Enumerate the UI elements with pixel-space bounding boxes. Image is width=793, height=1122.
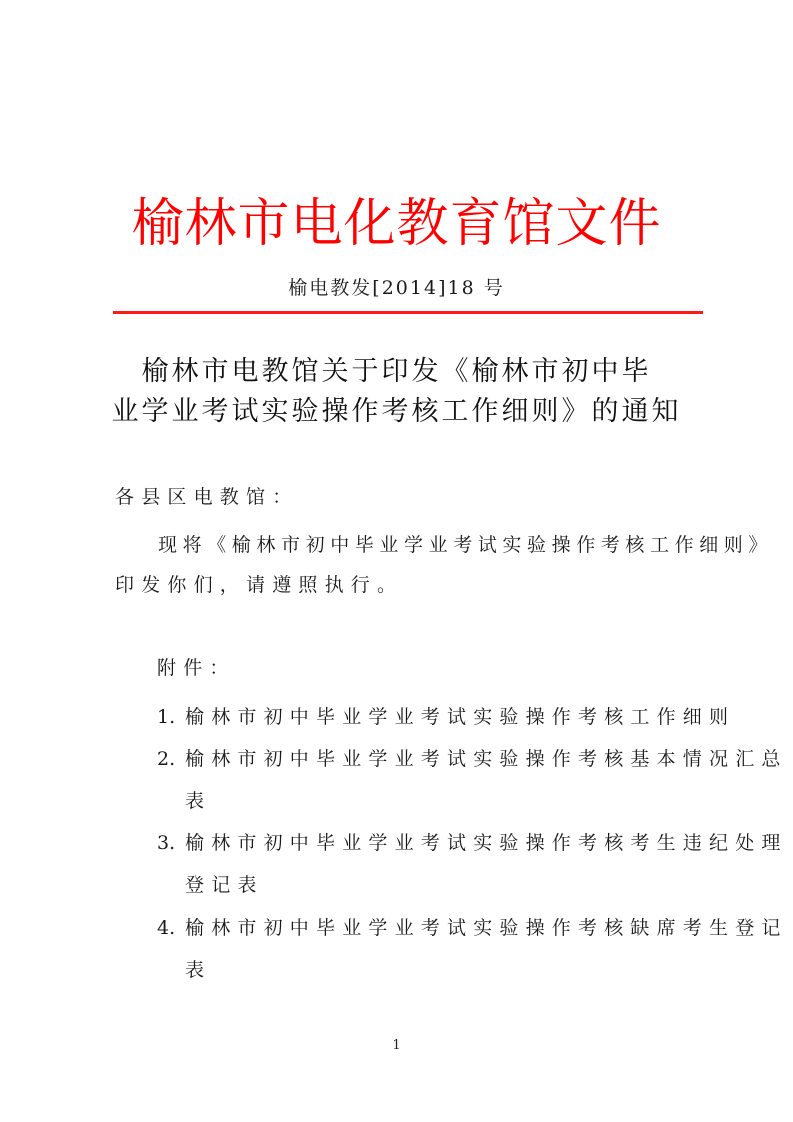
document-page: 榆林市电化教育馆文件 榆电教发[2014]18 号 榆林市电教馆关于印发《榆林市… — [0, 0, 793, 1122]
attachment-title: 榆林市初中毕业学业考试实验操作考核基本情况汇总 — [185, 744, 788, 774]
attachment-number: 2. — [157, 744, 175, 774]
attachment-title-continued: 登记表 — [185, 870, 264, 900]
attachment-title-continued: 表 — [185, 955, 211, 985]
issuing-org-title: 榆林市电化教育馆文件 — [0, 186, 793, 262]
attachment-title: 榆林市初中毕业学业考试实验操作考核考生违纪处理 — [185, 828, 788, 858]
attachment-number: 1. — [157, 702, 175, 732]
page-number: 1 — [0, 1038, 793, 1054]
attachment-title: 榆林市初中毕业学业考试实验操作考核缺席考生登记 — [185, 913, 788, 943]
attachment-number: 3. — [157, 828, 175, 858]
attachment-title: 榆林市初中毕业学业考试实验操作考核工作细则 — [185, 702, 735, 732]
notice-title-line-1: 榆林市电教馆关于印发《榆林市初中毕 — [0, 352, 793, 392]
salutation: 各县区电教馆： — [115, 482, 298, 512]
body-paragraph-line-1: 现将《榆林市初中毕业学业考试实验操作考核工作细则》 — [158, 530, 773, 560]
attachment-number: 4. — [157, 913, 175, 943]
notice-title-line-2: 业学业考试实验操作考核工作细则》的通知 — [0, 392, 793, 432]
body-paragraph-line-2: 印发你们，请遵照执行。 — [115, 570, 403, 600]
attachment-title-continued: 表 — [185, 786, 211, 816]
red-header-rule — [113, 311, 703, 314]
attachments-label: 附件： — [157, 653, 236, 683]
document-number: 榆电教发[2014]18 号 — [0, 274, 793, 302]
